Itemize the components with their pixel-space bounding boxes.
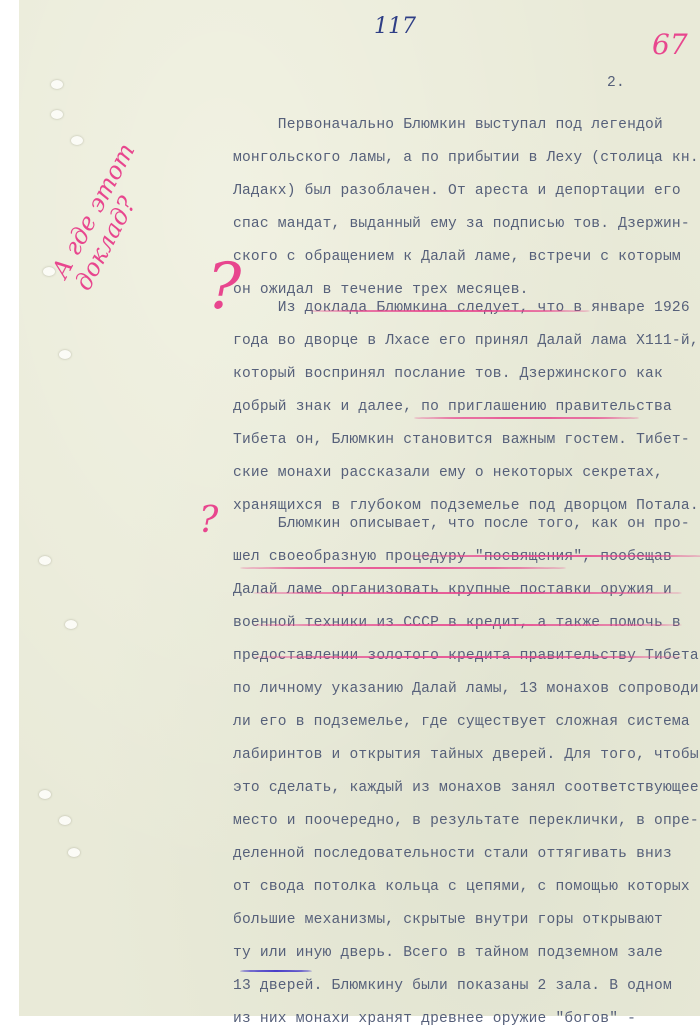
text-line: большие механизмы, скрытые внутри горы о…	[233, 913, 663, 928]
text-line: лабиринтов и открытия тайных дверей. Для…	[233, 748, 699, 763]
text-line: по личному указанию Далай ламы, 13 монах…	[233, 682, 700, 697]
text-line: из них монахи хранят древнее оружие "бог…	[233, 1012, 636, 1016]
text-line: ские монахи рассказали ему о некоторых с…	[233, 466, 663, 481]
pink-underline	[253, 592, 682, 594]
text-line: Далай ламе организовать крупные поставки…	[233, 583, 672, 598]
text-line: который воспринял послание тов. Дзержинс…	[233, 367, 663, 382]
text-line: Ладакх) был разоблачен. От ареста и депо…	[233, 184, 681, 199]
punch-hole	[39, 556, 51, 565]
margin-note: А где этот доклад?	[47, 139, 163, 294]
archive-number: 117	[374, 14, 416, 39]
question-mark-annotation: ?	[199, 500, 218, 541]
page-number: 2.	[607, 76, 625, 91]
text-line: года во дворце в Лхасе его принял Далай …	[233, 334, 699, 349]
punch-hole	[51, 80, 63, 89]
document-page: 117 67 2. А где этот доклад? ? ? Первона…	[19, 0, 700, 1016]
text-line: он ожидал в течение трех месяцев.	[233, 283, 529, 298]
text-line: ли его в подземелье, где существует слож…	[233, 715, 690, 730]
text-line: Из доклада Блюмкина следует, что в январ…	[233, 301, 690, 316]
punch-hole	[39, 790, 51, 799]
sheet-number: 67	[652, 28, 688, 61]
blue-underline	[240, 970, 312, 972]
text-line: это сделать, каждый из монахов занял соо…	[233, 781, 699, 796]
pink-underline	[253, 656, 682, 658]
text-line: место и поочередно, в результате перекли…	[233, 814, 699, 829]
punch-hole	[59, 350, 71, 359]
pink-underline	[310, 310, 590, 312]
punch-hole	[65, 620, 77, 629]
text-line: добрый знак и далее, по приглашению прав…	[233, 400, 672, 415]
text-line: спас мандат, выданный ему за подписью то…	[233, 217, 690, 232]
pink-underline	[410, 555, 700, 557]
text-line: ту или иную дверь. Всего в тайном подзем…	[233, 946, 663, 961]
text-line: от свода потолка кольца с цепями, с помо…	[233, 880, 690, 895]
text-line: шел своеобразную процедуру "посвящения",…	[233, 550, 672, 565]
text-line: деленной последовательности стали оттяги…	[233, 847, 672, 862]
text-line: Тибета он, Блюмкин становится важным гос…	[233, 433, 690, 448]
pink-underline	[414, 417, 639, 419]
punch-hole	[68, 848, 80, 857]
text-line: Блюмкин описывает, что после того, как о…	[233, 517, 690, 532]
punch-hole	[71, 136, 83, 145]
text-line: монгольского ламы, а по прибытии в Леху …	[233, 151, 699, 166]
punch-hole	[59, 816, 71, 825]
pink-underline	[253, 624, 682, 626]
text-line: Первоначально Блюмкин выступал под леген…	[233, 118, 663, 133]
text-line: ского с обращением к Далай ламе, встречи…	[233, 250, 681, 265]
text-line: 13 дверей. Блюмкину были показаны 2 зала…	[233, 979, 672, 994]
punch-hole	[51, 110, 63, 119]
pink-underline	[240, 567, 566, 569]
text-line: хранящихся в глубоком подземелье под дво…	[233, 499, 699, 514]
